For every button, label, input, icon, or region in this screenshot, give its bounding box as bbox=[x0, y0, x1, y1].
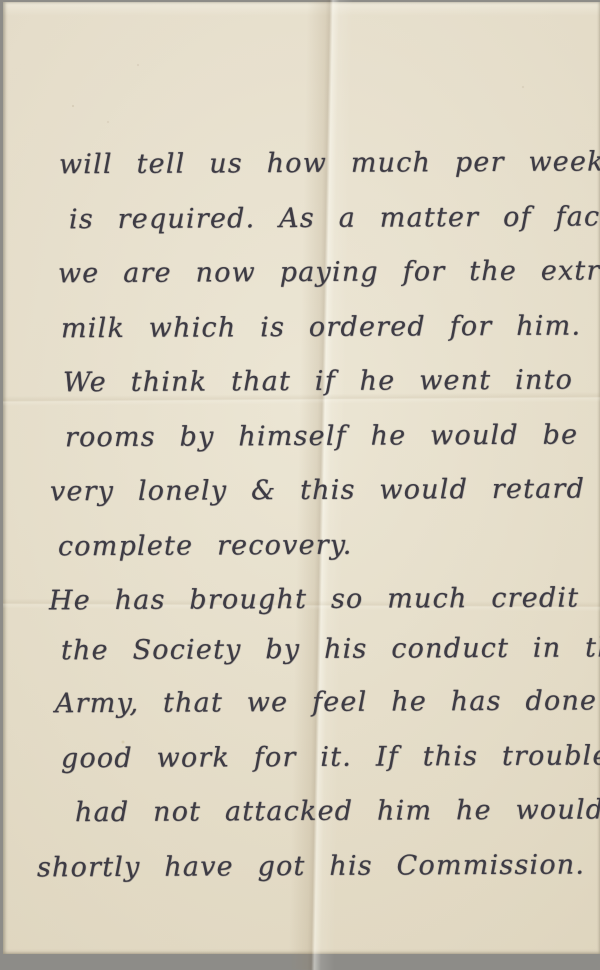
letter-line: rooms by himself he would be bbox=[3, 419, 600, 477]
letter-line: milk which is ordered for him. bbox=[3, 310, 600, 368]
letter-body: will tell us how much per week is requir… bbox=[3, 148, 600, 905]
letter-line: the Society by his conduct in the bbox=[3, 632, 600, 688]
letter-page: will tell us how much per week is requir… bbox=[3, 2, 600, 954]
letter-line: shortly have got his Commission. bbox=[3, 849, 600, 907]
letter-line: very lonely & this would retard his bbox=[3, 473, 600, 531]
letter-line: is required. As a matter of fact bbox=[3, 201, 600, 259]
letter-line: good work for it. If this trouble bbox=[3, 740, 600, 798]
letter-line: complete recovery. bbox=[3, 528, 600, 586]
letter-line: had not attacked him he would bbox=[3, 794, 600, 852]
letter-line: We think that if he went into bbox=[3, 364, 600, 422]
letter-line: Army, that we feel he has done bbox=[3, 685, 600, 743]
scan-background: { "letter": { "lines": [ "will tell us h… bbox=[0, 0, 600, 954]
letter-line: we are now paying for the extra bbox=[3, 255, 600, 313]
letter-line: He has brought so much credit on bbox=[3, 582, 600, 635]
letter-line: will tell us how much per week bbox=[3, 146, 600, 204]
